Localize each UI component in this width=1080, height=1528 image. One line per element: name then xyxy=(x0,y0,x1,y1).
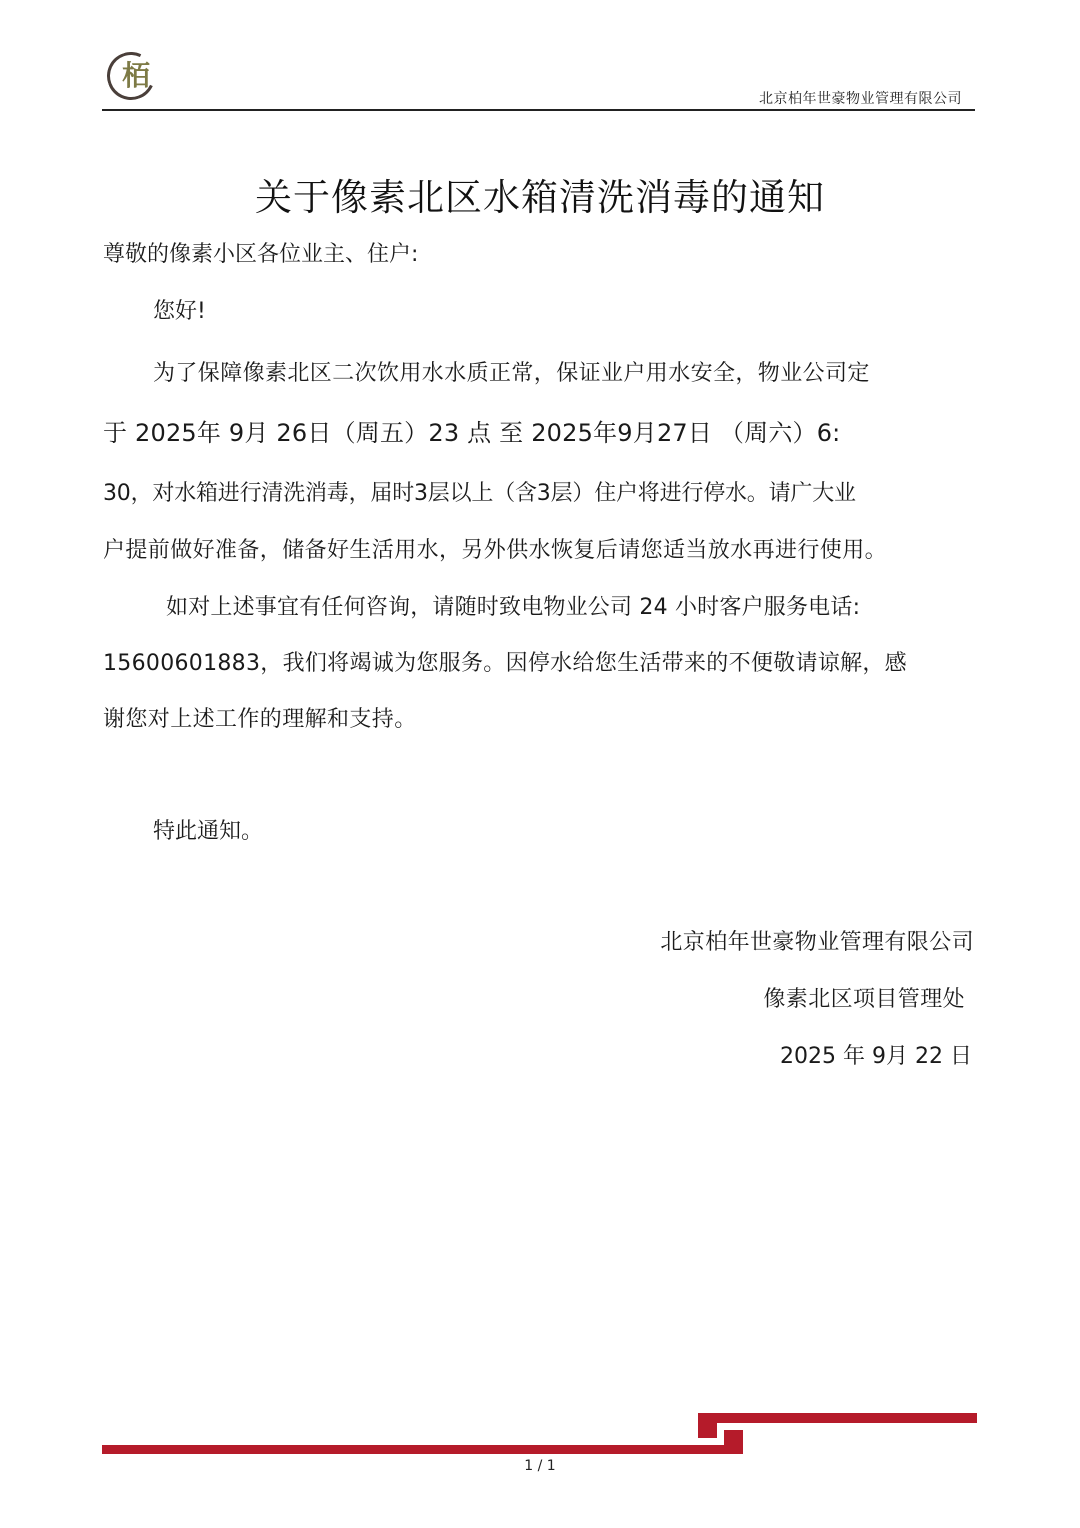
footer-accent-bottom-bar xyxy=(102,1445,743,1454)
paragraph1-line: 户提前做好准备，储备好生活用水，另外供水恢复后请您适当放水再进行使用。 xyxy=(103,536,887,566)
paragraph1-line: 于 2025年 9月 26日（周五）23 点 至 2025年9月27日 （周六）… xyxy=(103,418,840,448)
header-company-name: 北京柏年世豪物业管理有限公司 xyxy=(759,89,962,109)
paragraph2-line: 谢您对上述工作的理解和支持。 xyxy=(103,705,417,735)
company-logo-icon: 栢 xyxy=(116,58,156,94)
greeting: 您好! xyxy=(153,297,206,327)
paragraph2-line: 如对上述事宜有任何咨询，请随时致电物业公司 24 小时客户服务电话: xyxy=(166,593,860,623)
notice-title: 关于像素北区水箱清洗消毒的通知 xyxy=(0,172,1080,224)
signature-company: 北京柏年世豪物业管理有限公司 xyxy=(660,928,974,958)
signature-date: 2025 年 9月 22 日 xyxy=(780,1042,972,1072)
footer-accent-top-hook xyxy=(698,1413,717,1438)
paragraph2-line: 15600601883，我们将竭诚为您服务。因停水给您生活带来的不便敬请谅解，感 xyxy=(103,649,907,679)
paragraph1-line: 为了保障像素北区二次饮用水水质正常，保证业户用水安全，物业公司定 xyxy=(153,359,870,389)
header-divider xyxy=(102,109,975,111)
signature-department: 像素北区项目管理处 xyxy=(763,985,965,1015)
salutation: 尊敬的像素小区各位业主、住户: xyxy=(103,240,418,270)
footer-accent-top-bar xyxy=(698,1413,977,1423)
page-indicator: 1 / 1 xyxy=(0,1456,1080,1476)
paragraph1-line: 30，对水箱进行清洗消毒，届时3层以上（含3层）住户将进行停水。请广大业 xyxy=(103,479,856,509)
closing-statement: 特此通知。 xyxy=(153,817,263,847)
